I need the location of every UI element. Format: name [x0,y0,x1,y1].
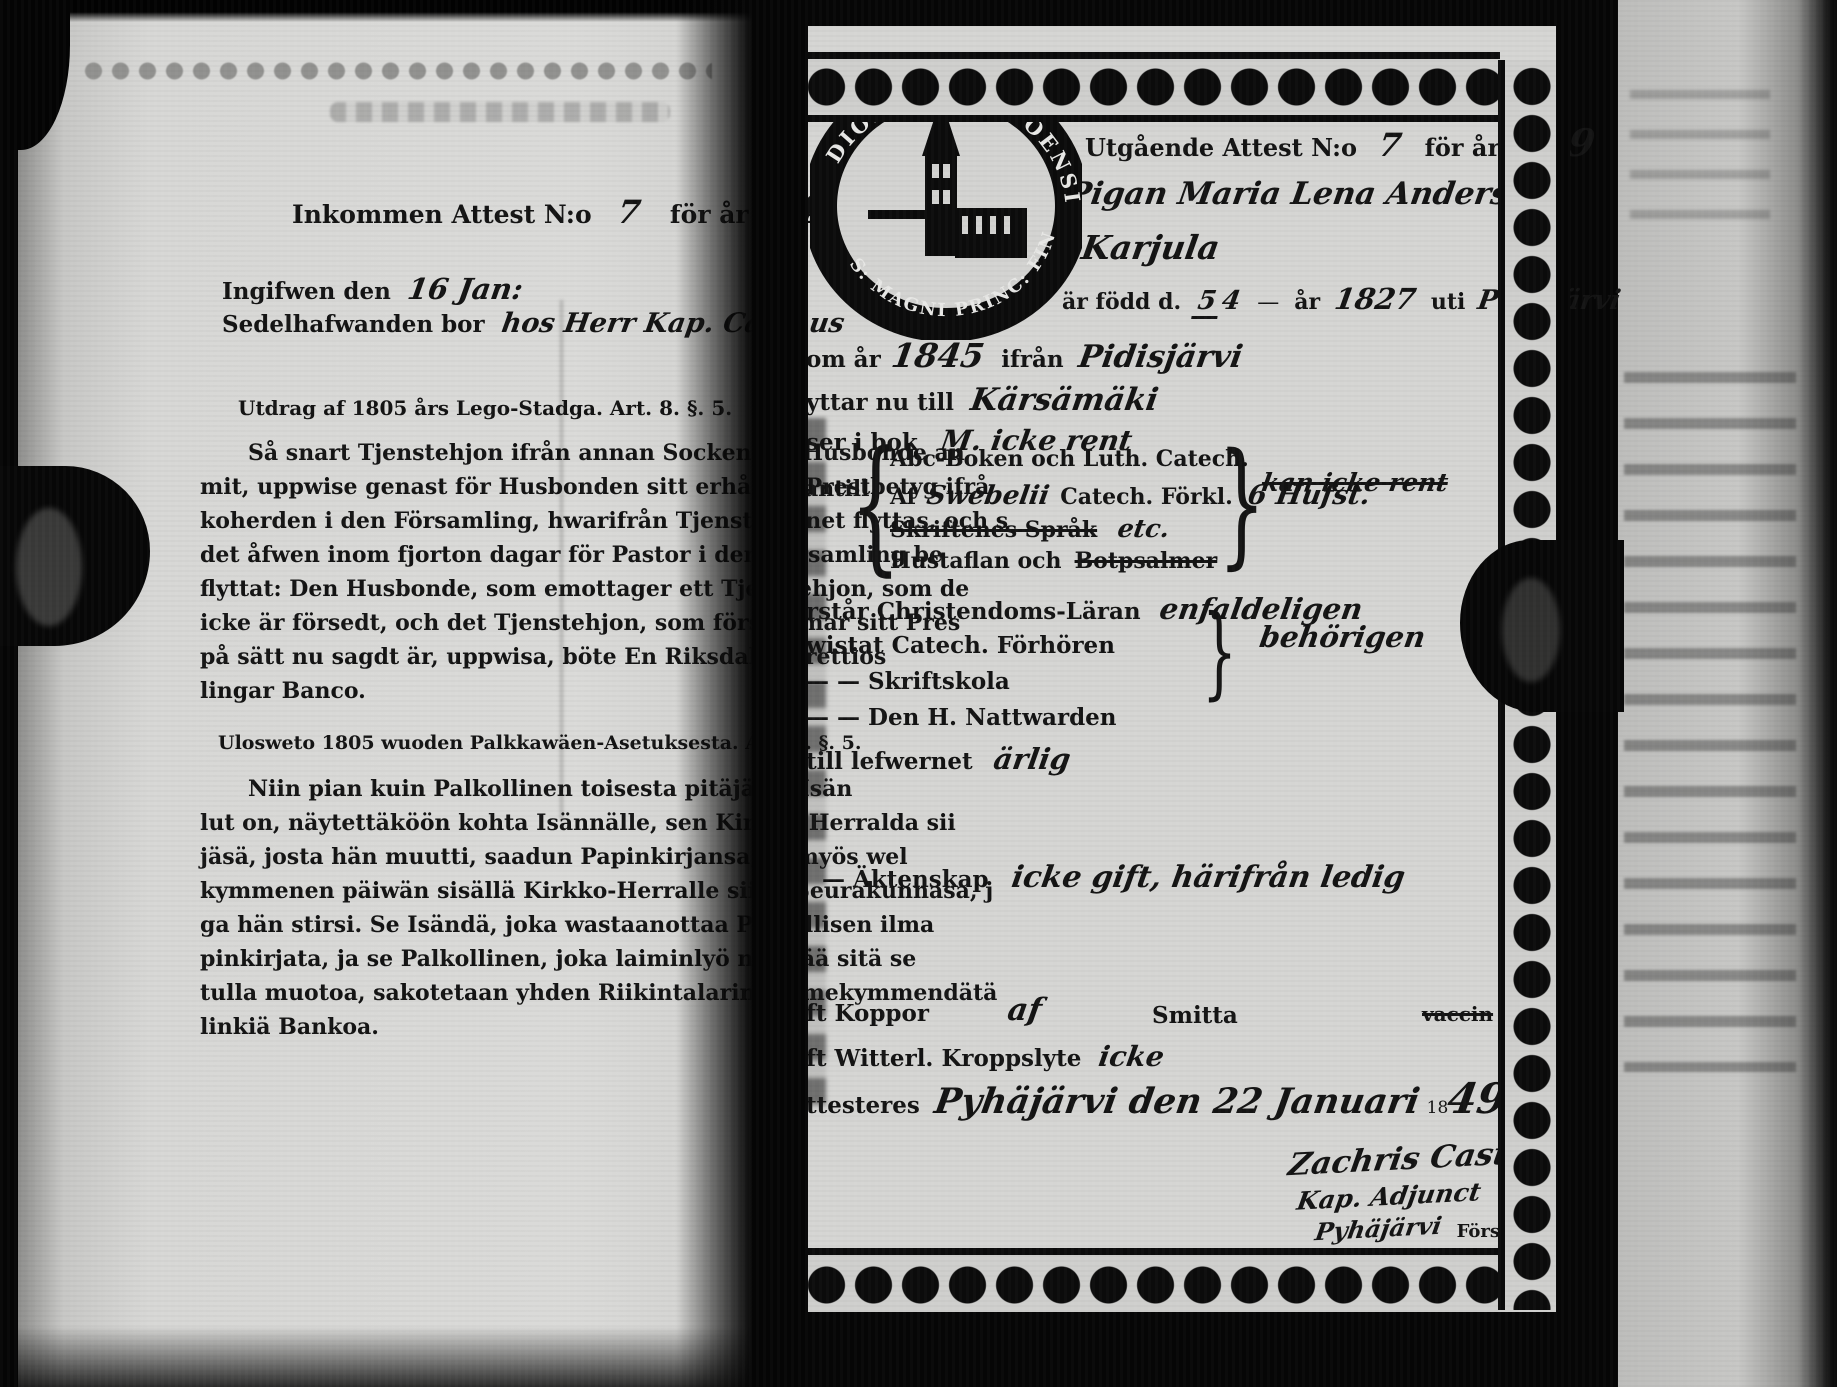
knows-item3-struck: Skriftenes Språk [890,517,1097,543]
birth-day: 54 [1192,286,1245,316]
knows-item-3: Skriftenes Språk etc. [890,514,1170,543]
ingifwen-line: Ingifwen den 16 Jan: [222,272,523,306]
knows-brace-right: } [1218,436,1266,572]
ingifwen-value: 16 Jan: [405,272,525,306]
attested-line: ttesteres Pyhäjärvi den 22 Januari 1849 [806,1074,1507,1123]
birth-year: 1827 [1332,282,1418,316]
understands-label: rstår Christendoms-Läran [806,598,1141,625]
swedish-line: lingar Banco. [200,678,366,704]
bottom-vignette-left [18,1326,762,1387]
book-gutter [676,0,808,1387]
smallpox-label2: Smitta [1152,1002,1238,1029]
defect-value: icke [1096,1040,1166,1073]
knows-item-1: Abc-Boken och Luth. Catech. [890,446,1249,472]
knows-item3-note: etc. [1116,514,1172,543]
knows-item2-mid: Catech. Förkl. [1060,484,1233,510]
finnish-line: ga hän stirsi. Se Isändä, joka wastaanot… [200,912,934,938]
knows-brace-note: kan icke rent [1260,468,1450,497]
marriage-line: — Äktenskap icke gift, härifrån ledig [822,860,1405,895]
knows-item4-struck: Botpsalmer [1075,548,1218,574]
attested-place-date: Pyhäjärvi den 22 Januari [932,1081,1423,1122]
book-scan: Inkommen Attest N:o 7 för år 1849 Ingifw… [0,0,1837,1387]
moving-label: yttar nu till [806,389,954,416]
attended-value: behörigen [1257,620,1428,654]
arrived-place: Pidisjärvi [1076,339,1245,375]
right-attest-number: 7 [1376,126,1404,164]
faded-header-smudge [330,102,670,122]
left-attest-header-printed: Inkommen Attest N:o [292,200,592,229]
finnish-line: pinkirjata, ja se Palkollinen, joka laim… [200,946,916,972]
marriage-label: — Äktenskap [822,866,989,893]
bleed-through-lines [1624,372,1796,1072]
finnish-line: linkiä Bankoa. [200,1014,379,1040]
left-attest-number: 7 [615,193,643,231]
person-farm-line: Karjula [1079,228,1222,267]
ornament-border-row [80,56,712,86]
moving-line: yttar nu till Kärsämäki [806,382,1158,418]
conduct-label: till lefwernet [806,748,973,775]
knows-item2-pre: Af [890,484,916,510]
book-clasp-right-highlight [1502,578,1560,682]
bottom-black-bar [780,1312,1570,1387]
signature-parish-hand: Pyhäjärvi [1313,1211,1444,1246]
knows-item2-hand: Swebelii [925,481,1052,511]
arrived-label2: ifrån [1001,346,1063,373]
person-name-line: Pigan Maria Lena Andersd:r [1065,176,1560,212]
ingifwen-label: Ingifwen den [222,278,391,305]
bleed-through-lines-top [1630,90,1770,240]
top-shadow-left [0,0,768,22]
nattwarden-line: — — Den H. Nattwarden [806,704,1117,731]
top-black-bar-right [780,0,1570,26]
border-band-bottom [800,1248,1500,1322]
swedish-line: det åfwen inom fjorton dagar för Pastor … [200,542,943,568]
attended-label: wistat Catech. Förhören [806,632,1115,659]
attended-brace: } [1202,602,1237,702]
conduct-value: ärlig [991,742,1073,776]
conduct-line: till lefwernet ärlig [806,742,1070,776]
attested-label: ttesteres [806,1092,920,1119]
skriftskola-line: — — Skriftskola [806,668,1010,695]
book-clasp-left-highlight [16,508,82,626]
knows-item-4: Hustaflan och Botpsalmer [890,548,1217,574]
birth-in-label: uti [1431,289,1466,315]
defect-label: ft Witterl. Kroppslyte [806,1045,1081,1072]
smallpox-hand: af [1005,992,1044,1028]
right-attest-header-printed: Utgående Attest N:o [1085,133,1357,162]
marriage-value: icke gift, härifrån ledig [1009,860,1407,895]
border-band-top [800,52,1500,122]
finnish-line: lut on, näytettäköön kohta Isännälle, se… [200,810,956,836]
defect-line: ft Witterl. Kroppslyte icke [806,1040,1164,1073]
knows-item4-pre: Hustaflan och [890,548,1062,574]
birth-year-label: år [1294,289,1320,315]
smallpox-struck: vaccin [1422,1002,1493,1026]
birth-dash: — [1257,290,1279,315]
birth-day-denominator: 4 [1218,286,1245,316]
arrived-label1: om år [806,346,881,373]
sedelhafwanden-label: Sedelhafwanden bor [222,311,485,338]
smallpox-label: ft Koppor [806,1000,929,1027]
moving-place: Kärsämäki [968,382,1161,418]
swedish-heading: Utdrag af 1805 års Lego-Stadga. Art. 8. … [238,396,732,420]
